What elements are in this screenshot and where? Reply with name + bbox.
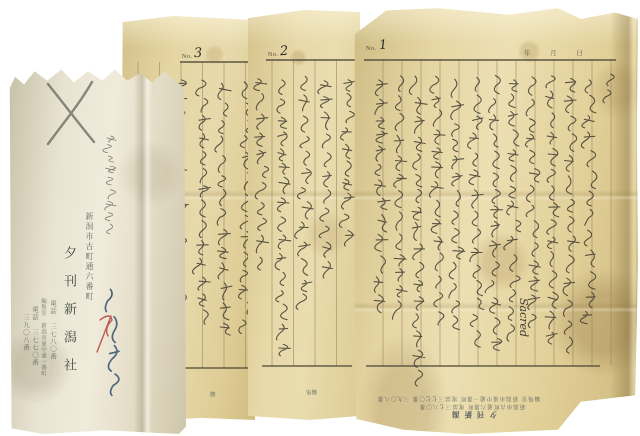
envelope-printed-address: 新潟市古町通六番町 (84, 212, 95, 302)
footer-company: 夕刊新潟 (404, 409, 540, 419)
footer-fragment-2: 編集 (306, 388, 317, 396)
photo-of-letter-and-envelope: No. 3 編 No. 2 編集 No. 1 年 月 日 Sacred 夕刊新潟… (0, 0, 640, 436)
fold-crease (610, 4, 636, 434)
fold-crease (248, 190, 360, 200)
footer-fragment-3: 編 (210, 390, 216, 398)
page-no-label: No. (366, 46, 376, 52)
fold-crease (352, 302, 638, 312)
page-no-label: No. (182, 54, 192, 60)
footer-phones: 編集室 新潟市東中通一番町 電話三七七〇番 三九〇八番 (404, 394, 540, 401)
envelope-phone-2: 電話 三七七〇番 (30, 306, 39, 367)
envelope-phone-3: 三九〇八番 (21, 314, 30, 352)
envelope-handwriting (8, 62, 186, 434)
envelope-editorial-address: 編集室 新潟市東中通一番町 (39, 298, 47, 377)
letter-page-1: No. 1 年 月 日 Sacred 夕刊新潟 新潟市古町通六番町 電話三七八〇… (352, 4, 638, 434)
letterhead-footer: 夕刊新潟 新潟市古町通六番町 電話三七八〇番 編集室 新潟市東中通一番町 電話三… (404, 394, 540, 419)
envelope-crease (134, 62, 152, 434)
footer-address: 新潟市古町通六番町 電話三七八〇番 (404, 401, 540, 408)
handwriting-page-1 (352, 4, 638, 434)
date-header-label: 年 月 日 (524, 48, 592, 57)
page-number-1: 1 (378, 38, 387, 54)
page-no-label: No. (268, 52, 278, 58)
handwriting-page-2 (248, 8, 360, 420)
envelope-phone-1: 電話 三七八〇番 (48, 300, 57, 361)
fold-crease (352, 190, 638, 200)
envelope: 新潟市古町通六番町 夕刊新潟社 電話 三七八〇番 編集室 新潟市東中通一番町 電… (8, 62, 186, 434)
page-number-3: 3 (193, 46, 202, 62)
letter-page-2: No. 2 編集 (248, 8, 360, 420)
page-number-2: 2 (279, 44, 288, 60)
latin-word-sacred: Sacred (517, 298, 530, 337)
envelope-printed-company: 夕刊新潟社 (60, 246, 79, 386)
